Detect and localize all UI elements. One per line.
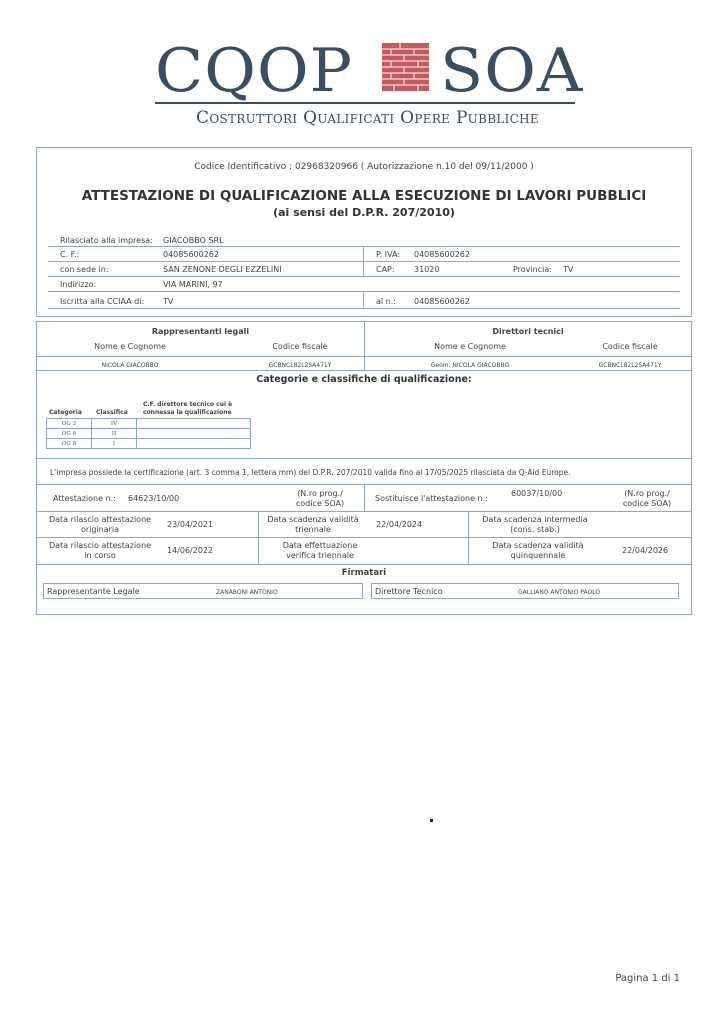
- categorie-title: Categorie e classifiche di qualificazion…: [36, 375, 692, 385]
- divider: [37, 564, 691, 565]
- attestazione-label: Attestazione n.:: [53, 494, 116, 504]
- sostituisce-label: Sostituisce l'attestazione n.:: [375, 494, 488, 504]
- divider: [37, 356, 691, 357]
- attestazione-value: 64623/10/00: [128, 494, 179, 504]
- rappresentanti-title: Rappresentanti legali: [37, 327, 364, 337]
- indirizzo-label: Indirizzo:: [60, 280, 96, 290]
- cat-classifica: IV: [92, 419, 137, 429]
- divider: [258, 512, 259, 564]
- divider: [48, 291, 680, 292]
- brick-wall-icon: [382, 43, 429, 91]
- rilascio-orig-value: 23/04/2021: [167, 520, 213, 530]
- cat-cf: [137, 419, 251, 429]
- logo-divider: [155, 102, 575, 104]
- aln-value: 04085600262: [414, 297, 470, 307]
- codice-identificativo: Codice Identificativo : 02968320966 ( Au…: [36, 162, 692, 172]
- divider: [363, 293, 364, 307]
- cap-label: CAP:: [376, 265, 395, 275]
- rilascio-corso-line1: Data rilascio attestazione: [45, 541, 155, 551]
- verifica-line2: verifica triennale: [270, 551, 370, 561]
- dir-col-name: Nome e Cognome: [400, 342, 540, 352]
- piva-value: 04085600262: [414, 250, 470, 260]
- piva-label: P. IVA:: [376, 250, 400, 260]
- sede-value: SAN ZENONE DEGLI EZZELINI: [163, 265, 282, 275]
- indirizzo-value: VIA MARINI, 97: [163, 280, 223, 290]
- aln-label: al n.:: [376, 297, 396, 307]
- divider: [364, 485, 365, 511]
- page-number: Pagina 1 di 1: [615, 973, 680, 984]
- rilasciato-label: Rilasciato alla impresa:: [60, 236, 153, 246]
- divider: [363, 247, 364, 261]
- dir-col-cf: Codice fiscale: [560, 342, 700, 352]
- attestazione-nro-line1: (N.ro prog./: [285, 489, 355, 499]
- scad-quinq-value: 22/04/2026: [622, 546, 668, 556]
- rapp-col-name: Nome e Cognome: [60, 342, 200, 352]
- cat-classifica: I: [92, 439, 137, 449]
- cat-categoria: OG 8: [47, 439, 92, 449]
- attestazione-nro-line2: codice SOA): [285, 499, 355, 509]
- table-row: OG 6 II: [47, 429, 251, 439]
- sostituisce-nro-line1: (N.ro prog./: [612, 489, 682, 499]
- logo-right-word: SOA: [440, 40, 583, 102]
- provincia-value: TV: [563, 265, 573, 275]
- logo-left-word: CQOP: [155, 40, 353, 102]
- cap-value: 31020: [414, 265, 439, 275]
- scad-trien-line2: triennale: [263, 525, 363, 535]
- cat-cf: [137, 439, 251, 449]
- scad-quinq-line2: quinquennale: [478, 551, 598, 561]
- divider: [48, 276, 680, 277]
- divider: [48, 261, 680, 262]
- divider: [37, 370, 691, 371]
- cat-col-classifica: Classifica: [96, 408, 128, 418]
- rilascio-orig-line1: Data rilascio attestazione: [45, 515, 155, 525]
- rilascio-corso-value: 14/06/2022: [167, 546, 213, 556]
- cqop-soa-logo: CQOP SOA Costruttori Qualificati Opere P…: [150, 30, 580, 135]
- logo-subtitle: Costruttori Qualificati Opere Pubbliche: [155, 108, 580, 128]
- divider: [468, 512, 469, 564]
- document-subtitle: (ai sensi del D.P.R. 207/2010): [36, 206, 692, 220]
- cat-classifica: II: [92, 429, 137, 439]
- scad-trien-value: 22/04/2024: [376, 520, 422, 530]
- divider: [37, 458, 691, 459]
- cat-categoria: OG 6: [47, 429, 92, 439]
- document-title: ATTESTAZIONE DI QUALIFICAZIONE ALLA ESEC…: [36, 188, 692, 204]
- cciaa-value: TV: [163, 297, 173, 307]
- direttori-title: Direttori tecnici: [365, 327, 691, 337]
- scad-interm-line2: (cons. stab.): [470, 525, 600, 535]
- cf-value: 04085600262: [163, 250, 219, 260]
- provincia-label: Provincia:: [513, 265, 552, 275]
- rilasciato-value: GIACOBBO SRL: [163, 236, 224, 246]
- categorie-table: OG 3 IV OG 6 II OG 8 I: [46, 418, 251, 449]
- table-row: OG 8 I: [47, 439, 251, 449]
- rilascio-orig-line2: originaria: [45, 525, 155, 535]
- verifica-line1: Data effettuazione: [270, 541, 370, 551]
- rapp-col-cf: Codice fiscale: [230, 342, 370, 352]
- firmatari-title: Firmatari: [36, 568, 692, 578]
- cf-label: C. F.:: [60, 250, 79, 260]
- firm-rapp-label: Rappresentante Legale: [47, 587, 140, 597]
- divider: [48, 308, 680, 309]
- cat-col-cf-line2: connessa la qualificazione: [143, 408, 232, 418]
- divider: [363, 262, 364, 276]
- cat-cf: [137, 429, 251, 439]
- divider: [48, 246, 680, 247]
- table-row: OG 3 IV: [47, 419, 251, 429]
- sostituisce-nro-line2: codice SOA): [612, 499, 682, 509]
- scad-trien-line1: Data scadenza validità: [263, 515, 363, 525]
- scad-interm-line1: Data scadenza intermedia: [470, 515, 600, 525]
- firm-dir-value: GALLIANO ANTONIO PAOLO: [518, 588, 600, 598]
- scad-quinq-line1: Data scadenza validità: [478, 541, 598, 551]
- divider: [37, 537, 691, 538]
- divider: [37, 511, 691, 512]
- sostituisce-value: 60037/10/00: [511, 489, 562, 499]
- cciaa-label: Iscritta alla CCIAA di:: [60, 297, 144, 307]
- cat-col-categoria: Categoria: [49, 408, 82, 418]
- rilascio-corso-line2: in corso: [45, 551, 155, 561]
- firm-rapp-value: ZANABONI ANTONIO: [216, 588, 278, 598]
- certificazione-text: L'impresa possiede la certificazione (ar…: [50, 468, 570, 478]
- sede-label: con sede in:: [60, 265, 109, 275]
- cat-categoria: OG 3: [47, 419, 92, 429]
- scan-speck: [430, 819, 433, 822]
- firm-dir-label: Direttore Tecnico: [375, 587, 443, 597]
